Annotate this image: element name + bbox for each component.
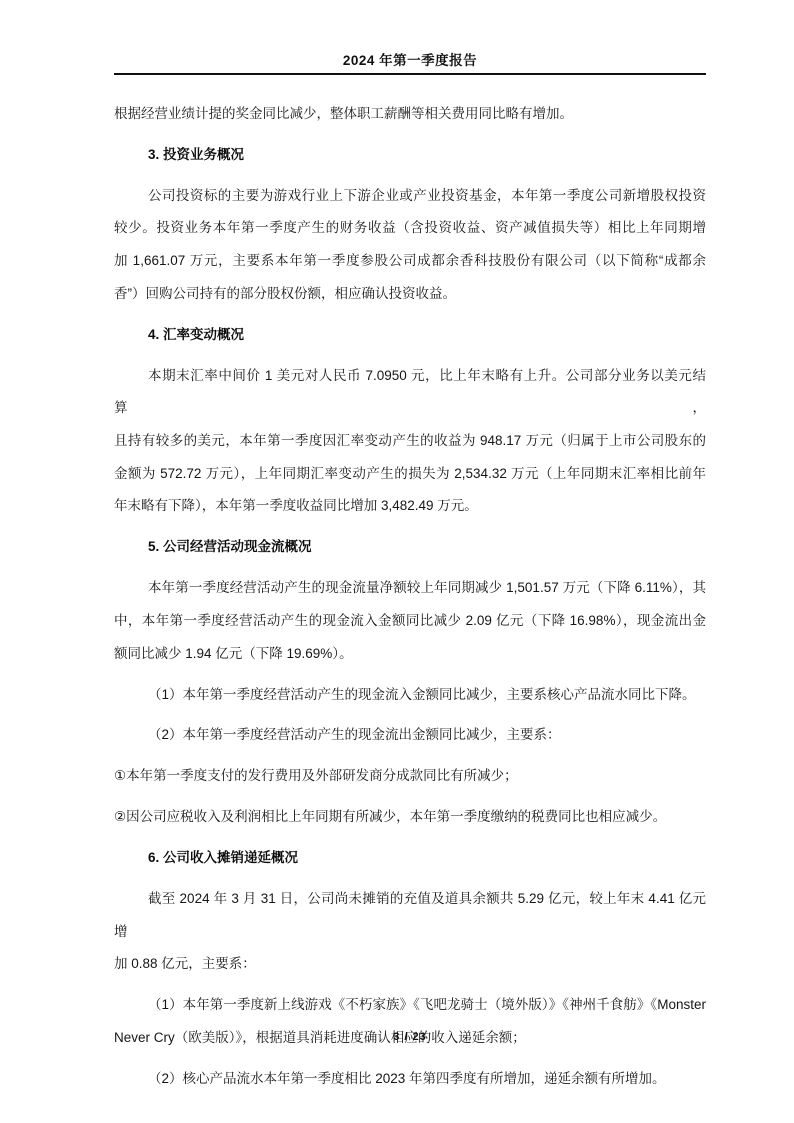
paragraph-line: 加 1,661.07 万元，主要系本年第一季度参股公司成都余香科技股份有限公司（… xyxy=(114,245,706,278)
sub-item-circle-1: ①本年第一季度支付的发行费用及外部研发商分成款同比有所减少； xyxy=(114,760,706,793)
paragraph-line: 年末略有下降），本年第一季度收益同比增加 3,482.49 万元。 xyxy=(114,490,706,523)
paragraph-line: 本期末汇率中间价 1 美元对人民币 7.0950 元，比上年末略有上升。公司部分… xyxy=(114,360,706,425)
list-item-deferred-2: （2）核心产品流水本年第一季度相比 2023 年第四季度有所增加，递延余额有所增… xyxy=(114,1063,706,1096)
paragraph-line: 公司投资标的主要为游戏行业上下游企业或产业投资基金，本年第一季度公司新增股权投资 xyxy=(114,180,706,213)
paragraph-line: 且持有较多的美元，本年第一季度因汇率变动产生的收益为 948.17 万元（归属于… xyxy=(114,425,706,458)
section-heading-deferred-revenue: 6. 公司收入摊销递延概况 xyxy=(114,842,706,875)
header-rule xyxy=(114,73,706,75)
paragraph-line: 中，本年第一季度经营活动产生的现金流入金额同比减少 2.09 亿元（下降 16.… xyxy=(114,605,706,638)
paragraph-line: 额同比减少 1.94 亿元（下降 19.69%）。 xyxy=(114,638,706,671)
paragraph-line: 本年第一季度经营活动产生的现金流量净额较上年同期减少 1,501.57 万元（下… xyxy=(114,572,706,605)
sub-item-circle-2: ②因公司应税收入及利润相比上年同期有所减少，本年第一季度缴纳的税费同比也相应减少… xyxy=(114,801,706,834)
report-page: 2024 年第一季度报告 根据经营业绩计提的奖金同比减少，整体职工薪酬等相关费用… xyxy=(0,0,794,1123)
report-header-title: 2024 年第一季度报告 xyxy=(114,53,706,69)
paragraph-line: 加 0.88 亿元，主要系： xyxy=(114,948,706,981)
paragraph-line: 截至 2024 年 3 月 31 日，公司尚未摊销的充值及道具余额共 5.29 … xyxy=(114,883,706,948)
list-item-2: （2）本年第一季度经营活动产生的现金流出金额同比减少，主要系： xyxy=(114,719,706,752)
paragraph-line: 较少。投资业务本年第一季度产生的财务收益（含投资收益、资产减值损失等）相比上年同… xyxy=(114,212,706,245)
page-number: 3 / 23 xyxy=(114,1030,706,1044)
section-heading-investment: 3. 投资业务概况 xyxy=(114,139,706,172)
paragraph-line: （1）本年第一季度新上线游戏《不朽家族》《飞吧龙骑士（境外版）》《神州千食舫》《… xyxy=(114,989,706,1022)
section-heading-cash-flow: 5. 公司经营活动现金流概况 xyxy=(114,531,706,564)
paragraph-line: 金额为 572.72 万元），上年同期汇率变动产生的损失为 2,534.32 万… xyxy=(114,458,706,491)
document-body: 根据经营业绩计提的奖金同比减少，整体职工薪酬等相关费用同比略有增加。 3. 投资… xyxy=(114,98,706,1104)
paragraph-line: 根据经营业绩计提的奖金同比减少，整体职工薪酬等相关费用同比略有增加。 xyxy=(114,98,706,131)
list-item-1: （1）本年第一季度经营活动产生的现金流入金额同比减少，主要系核心产品流水同比下降… xyxy=(114,679,706,712)
paragraph-line: 香”）回购公司持有的部分股权份额，相应确认投资收益。 xyxy=(114,278,706,311)
section-heading-exchange-rate: 4. 汇率变动概况 xyxy=(114,319,706,352)
